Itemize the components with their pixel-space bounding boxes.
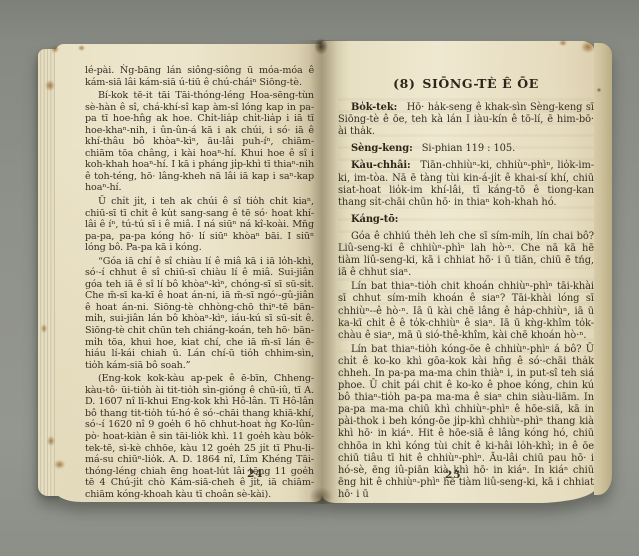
paragraph: Lín bat thiaⁿ-tio̍h chit khoán chhiùⁿ-ph… bbox=[338, 281, 594, 341]
section-label: Káng-tō: bbox=[351, 214, 404, 225]
section-label: Kàu-chhâi: bbox=[351, 160, 417, 171]
paragraph: “Góa iā chí ê sî chiàu lí ê miâ kā i iā … bbox=[85, 256, 314, 371]
fore-edge bbox=[594, 43, 612, 495]
paragraph: (Eng-kok kok-kàu ap-pek ê ē-bīn, Chheng-… bbox=[85, 373, 314, 500]
left-page-number: 24 bbox=[247, 468, 264, 480]
paragraph: Góa ê chhiú the̍h leh che sī sím-mi̍h, l… bbox=[338, 231, 594, 279]
foxing-stain bbox=[78, 45, 85, 51]
foxing-stain bbox=[41, 324, 47, 333]
section-label: Bo̍k-tek: bbox=[351, 102, 403, 113]
section: Sèng-keng: Si-phian 119 : 105. bbox=[338, 143, 594, 155]
photo-background: lé-pài. Ǹg-bāng lán siông-siông ū móa-mó… bbox=[0, 0, 639, 556]
foxing-stain bbox=[47, 436, 55, 446]
chapter-title: (8) SIŌNG-TÈ Ê ŌE bbox=[338, 78, 594, 90]
foxing-stain bbox=[559, 40, 567, 46]
foxing-stain bbox=[51, 45, 59, 53]
paragraph: lé-pài. Ǹg-bāng lán siông-siông ū móa-mó… bbox=[85, 65, 314, 88]
foxing-stain bbox=[597, 88, 601, 92]
gutter-top-shadow bbox=[314, 38, 328, 55]
foxing-stain bbox=[45, 80, 55, 91]
section-label: Sèng-keng: bbox=[351, 143, 419, 154]
section: Bo̍k-tek: Hō· ha̍k-seng ê khak-sìn Sèng-… bbox=[338, 102, 594, 138]
foxing-stain bbox=[54, 460, 65, 469]
paragraph: Ū chi̍t ji̍t, i teh ak chúi ê sî tio̍h c… bbox=[85, 196, 314, 254]
section: Káng-tō: bbox=[338, 214, 594, 226]
open-book: lé-pài. Ǹg-bāng lán siông-siông ū móa-mó… bbox=[38, 40, 612, 506]
section: Kàu-chhâi: Tiān-chhiùⁿ-ki, chhiùⁿ-phìⁿ, … bbox=[338, 160, 594, 208]
right-page-number: 25 bbox=[445, 469, 462, 481]
section-text: Si-phian 119 : 105. bbox=[422, 143, 515, 154]
foxing-stain bbox=[581, 41, 595, 53]
right-page-text: (8) SIŌNG-TÈ Ê ŌE Bo̍k-tek: Hō· ha̍k-sen… bbox=[338, 66, 594, 503]
paragraph: Lín bat thiaⁿ-tio̍h kóng-ōe ê chhiùⁿ-phì… bbox=[338, 344, 594, 501]
left-page-text: lé-pài. Ǹg-bāng lán siông-siông ū móa-mó… bbox=[85, 65, 314, 502]
paragraph: Bí-kok tē-it tāi Tāi-thóng-léng Hoa-sēng… bbox=[85, 90, 314, 194]
